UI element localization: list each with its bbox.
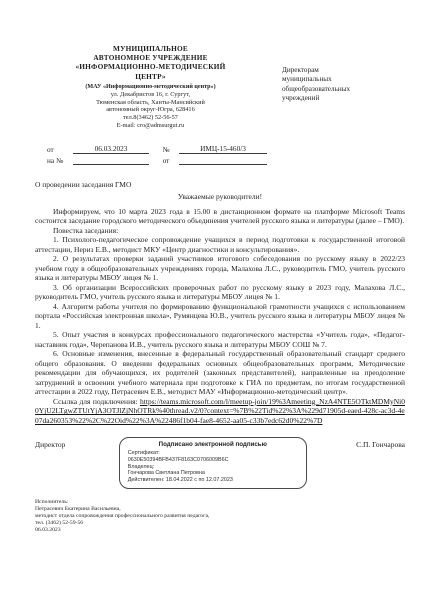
from-label: от (47, 145, 73, 154)
signer-name: С.П. Гончарова (356, 437, 405, 449)
incoming-date-blank (179, 155, 267, 165)
executor-date: 06.03.2023 (35, 527, 405, 534)
agenda-item-1: 1. Психолого-педагогическое сопровождени… (35, 235, 405, 254)
signer-position: Директор (35, 437, 65, 449)
addressee-line: общеобразовательных (282, 85, 405, 94)
letter-date: 06.03.2023 (73, 144, 149, 154)
org-address-line: Тюменская область, Ханты-Мансийский (35, 99, 266, 107)
org-email: E-mail: cro@admsurgut.ru (35, 122, 266, 130)
on-number-label: на № (47, 156, 73, 165)
org-name-line: «ИНФОРМАЦИОННО-МЕТОДИЧЕСКИЙ (35, 62, 266, 71)
stamp-title: Подписано электронной подписью (128, 441, 298, 449)
letter-number: ИМЦ-15-460/3 (179, 144, 267, 154)
on-from-label: от (155, 156, 177, 165)
executor-block: Исполнитель: Петрасевич Екатерина Василь… (35, 499, 405, 534)
addressee-line: муниципальных (282, 75, 405, 84)
document-page: МУНИЦИПАЛЬНОЕ АВТОНОМНОЕ УЧРЕЖДЕНИЕ «ИНФ… (0, 0, 424, 600)
executor-name: Петрасевич Екатерина Васильевна, (35, 506, 405, 513)
addressee-block: Директорам муниципальных общеобразовател… (282, 44, 405, 130)
executor-label: Исполнитель: (35, 499, 405, 506)
stamp-validity: Действителен: 18.04.2022 с по 12.07.2023 (128, 477, 298, 484)
agenda-item-4: 4. Алгоритм работы учителя по формирован… (35, 302, 405, 331)
digital-signature-stamp: Подписано электронной подписью Сертифика… (119, 437, 307, 489)
addressee-line: Директорам (282, 66, 405, 75)
incoming-number-blank (73, 155, 149, 165)
stamp-certificate-label: Сертификат: (128, 450, 298, 457)
agenda-item-3: 3. Об организации Всероссийских провероч… (35, 283, 405, 302)
number-label: № (155, 145, 177, 154)
reference-row-outgoing: от 06.03.2023 № ИМЦ-15-460/3 (35, 143, 405, 154)
agenda-item-5: 5. Опыт участия в конкурсах профессионал… (35, 330, 405, 349)
org-phone: тел.8(3462) 52-56-57 (35, 114, 266, 122)
org-name-line: ЦЕНТР» (35, 72, 266, 81)
letter-body: Информируем, что 10 марта 2023 года в 15… (35, 207, 405, 426)
agenda-item-6: 6. Основные изменения, внесенные в федер… (35, 349, 405, 397)
stamp-owner-label: Владелец: (128, 464, 298, 471)
addressee-line: учреждений (282, 94, 405, 103)
salutation: Уважаемые руководители! (35, 192, 405, 201)
reference-row-incoming: на № от (35, 154, 405, 165)
org-address-line: автономный округ-Югра, 628416 (35, 106, 266, 114)
stamp-certificate-number: 0630E50394BFB437F8163C0706009B6C (128, 457, 298, 464)
executor-position: методист отдела сопровождения профессион… (35, 513, 405, 520)
signature-row: Директор Подписано электронной подписью … (35, 437, 405, 489)
letter-subject: О проведении заседания ГМО (35, 180, 405, 189)
agenda-label: Повестка заседания: (35, 226, 405, 236)
letterhead: МУНИЦИПАЛЬНОЕ АВТОНОМНОЕ УЧРЕЖДЕНИЕ «ИНФ… (35, 44, 266, 130)
link-paragraph: Ссылка для подключения: https://teams.mi… (35, 397, 405, 426)
reference-block: от 06.03.2023 № ИМЦ-15-460/3 на № от (35, 143, 405, 165)
org-name-line: АВТОНОМНОЕ УЧРЕЖДЕНИЕ (35, 53, 266, 62)
executor-phone: тел. (3462) 52-59-56 (35, 520, 405, 527)
agenda-item-2: 2. О результатах проверки заданий участн… (35, 254, 405, 283)
org-name-line: МУНИЦИПАЛЬНОЕ (35, 44, 266, 53)
intro-paragraph: Информируем, что 10 марта 2023 года в 15… (35, 207, 405, 226)
link-label: Ссылка для подключения: (53, 397, 138, 406)
org-short-name: (МАУ «Информационно-методический центр») (35, 83, 266, 91)
org-address-line: ул. Декабристов 16, г. Сургут, (35, 91, 266, 99)
letter-header: МУНИЦИПАЛЬНОЕ АВТОНОМНОЕ УЧРЕЖДЕНИЕ «ИНФ… (35, 44, 405, 130)
